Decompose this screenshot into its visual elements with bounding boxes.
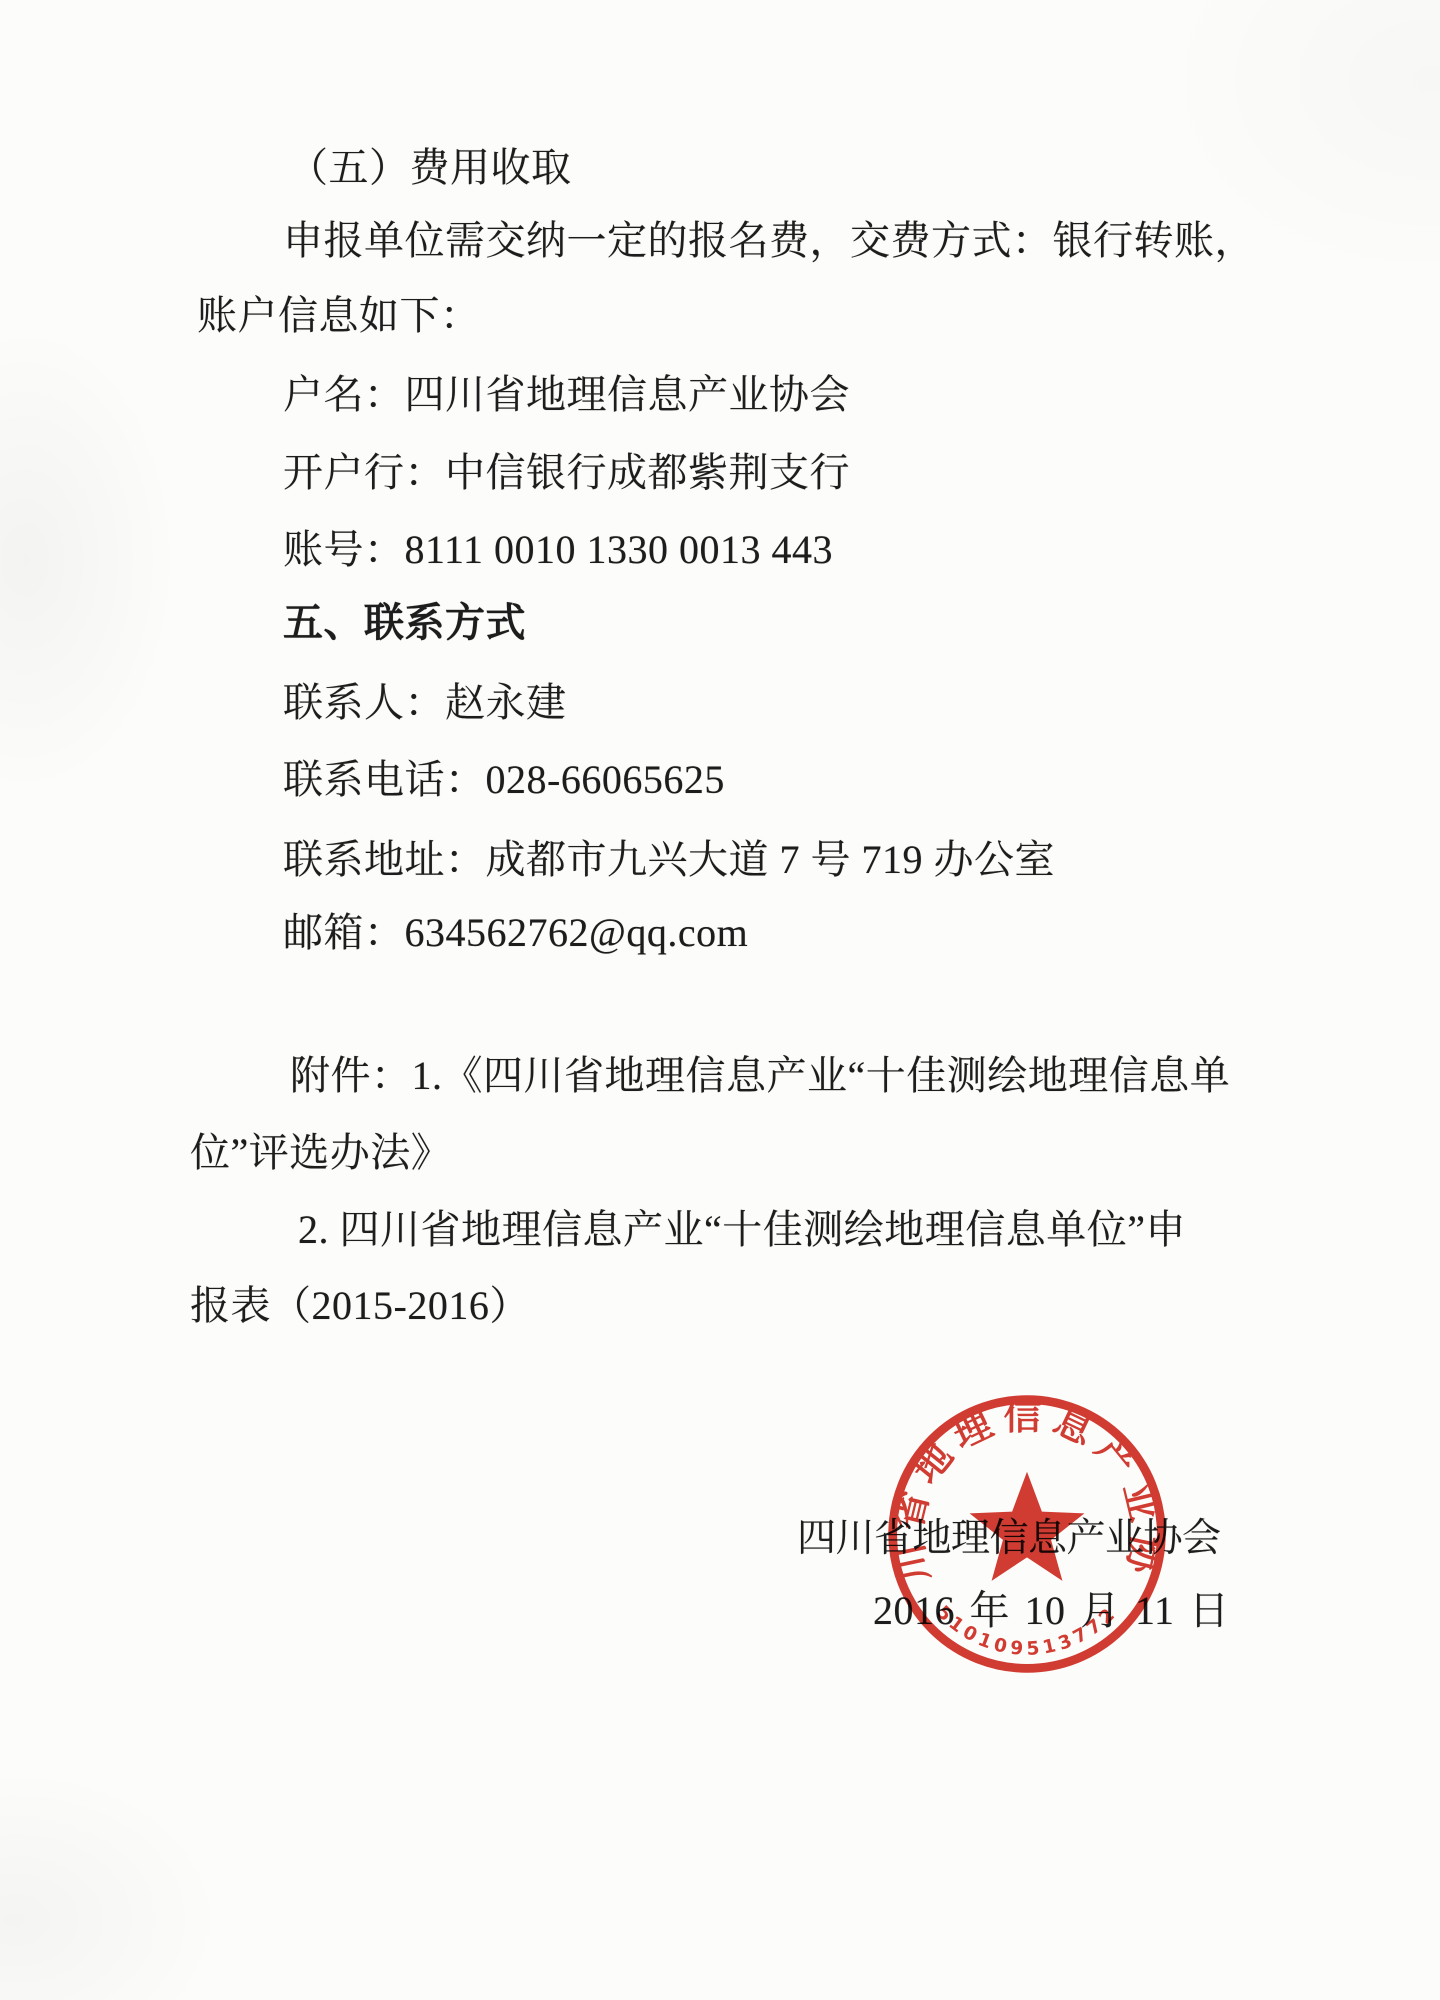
para-account-info-intro: 账户信息如下： (197, 293, 481, 339)
line-account-name: 户名：四川省地理信息产业协会 (283, 372, 850, 418)
line-contact-email: 邮箱：634562762@qq.com (283, 910, 748, 956)
para-fee-payment: 申报单位需交纳一定的报名费，交费方式：银行转账， (283, 218, 1255, 264)
line-attachment-2a: 2. 四川省地理信息产业“十佳测绘地理信息单位”申 (298, 1207, 1186, 1253)
line-attachment-1b: 位”评选办法》 (190, 1130, 451, 1176)
heading-section5-contact: 五、联系方式 (283, 600, 526, 646)
line-contact-address: 联系地址：成都市九兴大道 7 号 719 办公室 (283, 837, 1055, 883)
scanned-document-page: （五）费用收取 申报单位需交纳一定的报名费，交费方式：银行转账， 账户信息如下：… (0, 0, 1440, 2000)
heading-item5-fee-collection: （五）费用收取 (288, 145, 572, 191)
line-contact-person: 联系人：赵永建 (283, 680, 567, 726)
line-bank-branch: 开户行：中信银行成都紫荆支行 (283, 450, 850, 496)
line-attachment-1a: 附件：1.《四川省地理信息产业“十佳测绘地理信息单 (290, 1053, 1230, 1099)
line-account-number: 账号：8111 0010 1330 0013 443 (283, 527, 833, 573)
line-attachment-2b: 报表（2015-2016） (190, 1283, 530, 1329)
official-seal: 四川省地理信息产业协会 510109513772 (881, 1388, 1173, 1680)
star-icon (970, 1472, 1085, 1581)
line-contact-phone: 联系电话：028-66065625 (283, 757, 725, 803)
